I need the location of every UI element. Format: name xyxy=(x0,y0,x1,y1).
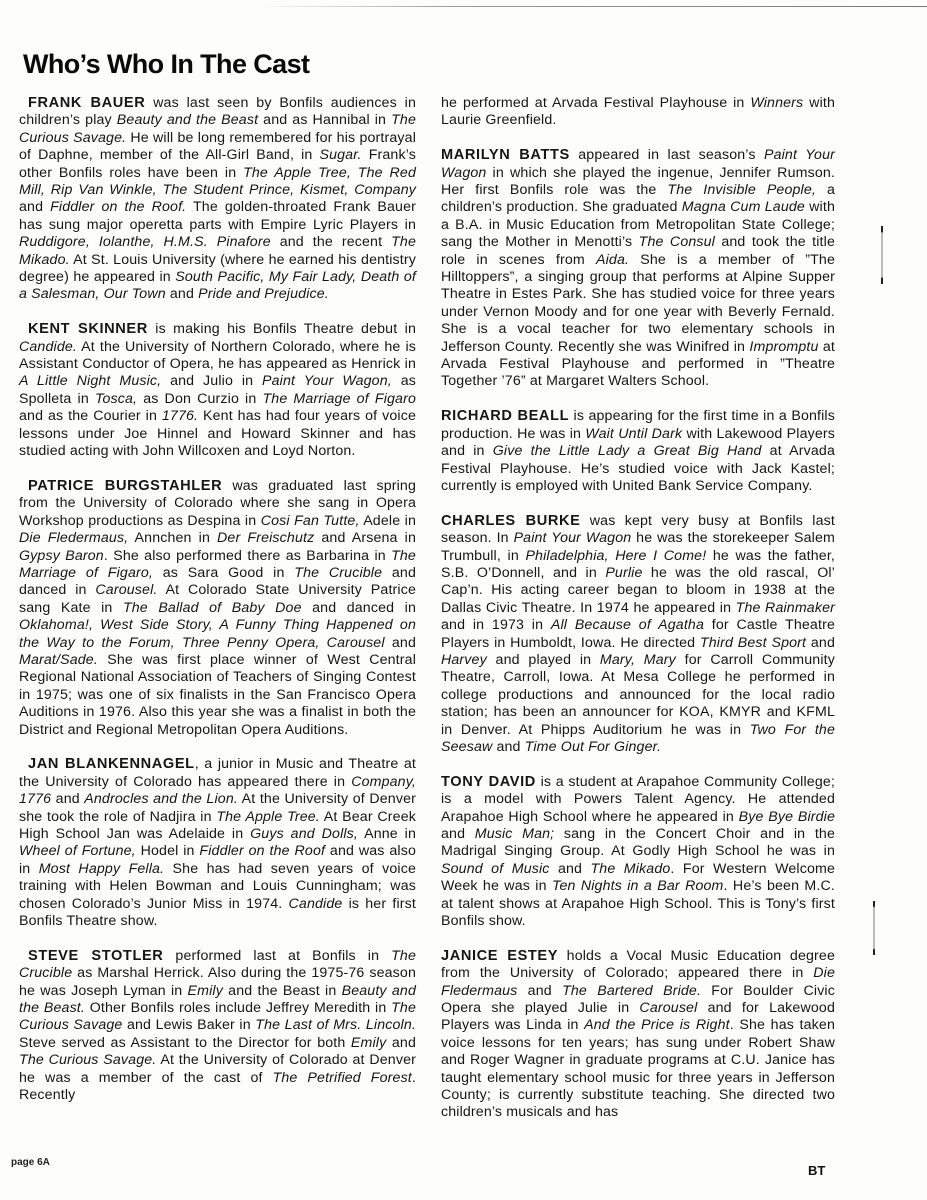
work-title: The Curious Savage. xyxy=(19,1052,156,1068)
work-title: Fiddler on the Roof xyxy=(199,843,325,859)
work-title: Beauty and the Beast xyxy=(117,112,258,128)
work-title: The Apple Tree. xyxy=(216,809,320,825)
right-column: he performed at Arvada Festival Playhous… xyxy=(441,95,835,1139)
work-title: Gypsy Baron xyxy=(19,548,104,564)
bio-charles-burke: CHARLES BURKE was kept very busy at Bonf… xyxy=(441,513,835,757)
page-number: page 6A xyxy=(11,1157,50,1168)
page-title: Who’s Who In The Cast xyxy=(23,49,309,80)
cast-member-name: FRANK BAUER xyxy=(28,95,145,111)
work-title: Magna Cum Laude xyxy=(682,199,805,215)
work-title: Sound of Music xyxy=(441,861,550,877)
work-title: Impromptu xyxy=(749,339,818,355)
cast-member-name: JAN BLANKENNAGEL xyxy=(28,756,195,772)
work-title: Androcles and the Lion. xyxy=(84,791,238,807)
work-title: The Ballad of Baby Doe xyxy=(123,600,302,616)
work-title: Wait Until Dark xyxy=(585,426,682,442)
work-title: The Crucible xyxy=(294,565,382,581)
margin-mark-lower xyxy=(873,901,875,955)
work-title: Carousel xyxy=(639,1000,697,1016)
work-title: The Rainmaker xyxy=(736,600,835,616)
bio-tony-david: TONY DAVID is a student at Arapahoe Comm… xyxy=(441,774,835,931)
bio-marilyn-batts: MARILYN BATTS appeared in last season’s … xyxy=(441,147,835,391)
work-title: Tosca, xyxy=(95,391,137,407)
work-title: Marat/Sade. xyxy=(19,652,98,668)
work-title: Paint Your Wagon, xyxy=(262,373,392,389)
work-title: Purlie xyxy=(605,565,642,581)
work-title: Pride and Prejudice. xyxy=(198,286,329,302)
work-title: Time Out For Ginger. xyxy=(525,739,661,755)
work-title: Guys and Dolls, xyxy=(250,826,358,842)
bio-patrice-burgstahler: PATRICE BURGSTAHLER was graduated last s… xyxy=(19,478,416,739)
work-title: Candide xyxy=(289,896,343,912)
bio-steve-stotler-continued: he performed at Arvada Festival Playhous… xyxy=(441,95,835,130)
work-title: The Mikado xyxy=(590,861,670,877)
work-title: Die Fledermaus, xyxy=(19,530,128,546)
work-title: Sugar. xyxy=(319,147,361,163)
work-title: Third Best Sport xyxy=(700,635,806,651)
cast-member-name: KENT SKINNER xyxy=(28,321,148,337)
work-title: Philadelphia, Here I Come! xyxy=(525,548,706,564)
work-title: Wheel of Fortune, xyxy=(19,843,136,859)
work-title: The Bartered Bride. xyxy=(562,983,701,999)
work-title: Give the Little Lady a Great Big Hand xyxy=(493,443,762,459)
work-title: The Apple Tree, The Red Mill, Rip Van Wi… xyxy=(19,165,416,198)
work-title: Aida. xyxy=(596,252,629,268)
work-title: Music Man; xyxy=(475,826,555,842)
cast-member-name: JANICE ESTEY xyxy=(441,948,558,964)
work-title: The Petrified Forest xyxy=(273,1070,412,1086)
cast-member-name: TONY DAVID xyxy=(441,774,536,790)
cast-member-name: MARILYN BATTS xyxy=(441,147,570,163)
work-title: Candide. xyxy=(19,339,77,355)
work-title: Oklahoma!, West Side Story, A Funny Thin… xyxy=(19,617,416,650)
margin-mark-upper xyxy=(881,226,883,284)
cast-member-name: CHARLES BURKE xyxy=(441,513,580,529)
work-title: 1776. xyxy=(162,408,198,424)
bio-jan-blankennagel: JAN BLANKENNAGEL, a junior in Music and … xyxy=(19,756,416,930)
work-title: Bye Bye Birdie xyxy=(739,809,835,825)
left-column: FRANK BAUER was last seen by Bonfils aud… xyxy=(19,95,416,1122)
work-title: All Because of Agatha xyxy=(551,617,704,633)
work-title: The Consul xyxy=(639,234,715,250)
work-title: And the Price is Right xyxy=(584,1017,730,1033)
cast-member-name: PATRICE BURGSTAHLER xyxy=(28,478,222,494)
work-title: Most Happy Fella. xyxy=(39,861,164,877)
work-title: The Marriage of Figaro xyxy=(262,391,416,407)
cast-member-name: STEVE STOTLER xyxy=(28,948,163,964)
work-title: The Invisible People, xyxy=(667,182,816,198)
footer-mark: BT xyxy=(808,1163,825,1178)
work-title: Der Freischutz xyxy=(217,530,314,546)
work-title: Fiddler on the Roof. xyxy=(50,199,186,215)
bio-frank-bauer: FRANK BAUER was last seen by Bonfils aud… xyxy=(19,95,416,304)
work-title: Emily xyxy=(188,983,223,999)
bio-richard-beall: RICHARD BEALL is appearing for the first… xyxy=(441,408,835,495)
work-title: Emily xyxy=(351,1035,386,1051)
top-rule xyxy=(258,6,927,7)
work-title: The Last of Mrs. Lincoln. xyxy=(255,1017,416,1033)
cast-member-name: RICHARD BEALL xyxy=(441,408,569,424)
work-title: Mary, Mary xyxy=(600,652,676,668)
work-title: Ruddigore, Iolanthe, H.M.S. Pinafore xyxy=(19,234,271,250)
work-title: Cosi Fan Tutte, xyxy=(261,513,360,529)
work-title: Paint Your Wagon xyxy=(514,530,632,546)
work-title: Ten Nights in a Bar Room xyxy=(552,878,724,894)
work-title: A Little Night Music, xyxy=(19,373,161,389)
work-title: Carousel. xyxy=(95,582,157,598)
bio-kent-skinner: KENT SKINNER is making his Bonfils Theat… xyxy=(19,321,416,460)
work-title: Winners xyxy=(750,95,803,111)
bio-janice-estey: JANICE ESTEY holds a Vocal Music Educati… xyxy=(441,948,835,1122)
bio-steve-stotler: STEVE STOTLER performed last at Bonfils … xyxy=(19,948,416,1105)
work-title: Harvey xyxy=(441,652,487,668)
